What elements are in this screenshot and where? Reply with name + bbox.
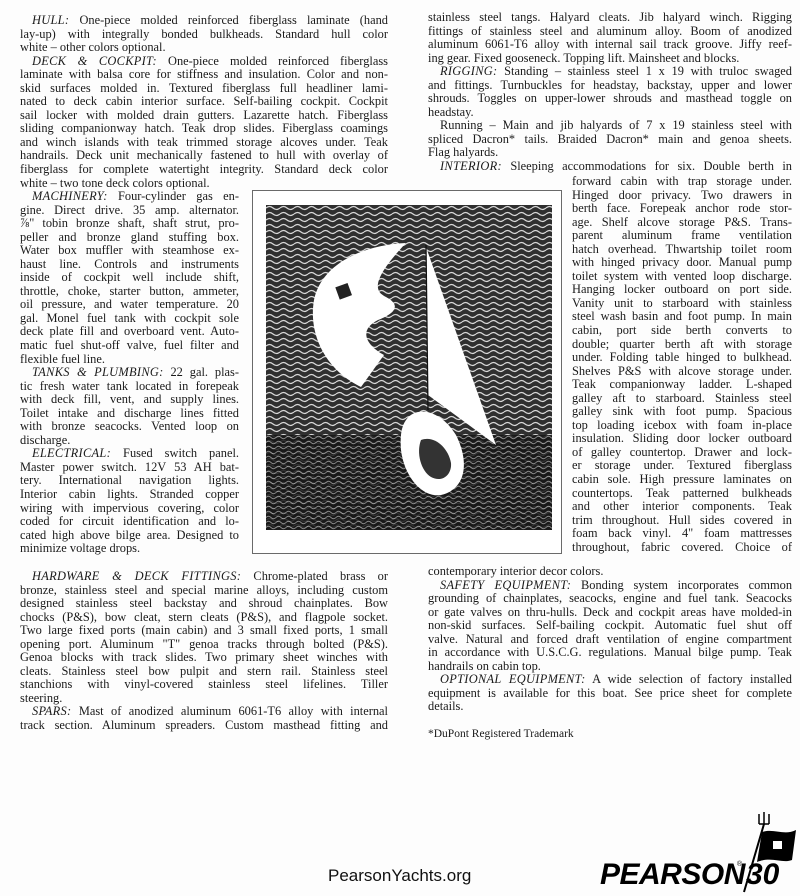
text-line: contemporary interior decor colors. (428, 565, 792, 579)
text-line: Running – Main and jib halyards of 7 x 1… (428, 119, 792, 133)
line-text: A wide selection of factory installed (586, 672, 792, 686)
line-text: galley aft to starboard. Stainless steel (572, 391, 792, 405)
sailboat-photo-frame (252, 190, 562, 554)
text-line: Flag halyards. (428, 146, 792, 160)
text-line: hatch overhead. Thwartship toilet room (572, 243, 792, 257)
section-heading: DECK & COCKPIT: (32, 54, 157, 68)
line-text: Mast of anodized aluminum 6061-T6 alloy … (71, 704, 388, 718)
line-text: Interior cabin lights. Stranded copper (20, 487, 239, 501)
line-text: hatch overhead. Thwartship toilet room (572, 242, 792, 256)
text-line: age. Shelf alcove storage P&S. Trans- (572, 216, 792, 230)
text-line: INTERIOR: Sleeping accommodations for si… (428, 160, 792, 174)
text-line: throttle, choke, starter button, ammeter… (20, 285, 239, 299)
text-line: equipment is available for this boat. Se… (428, 687, 792, 701)
line-text: Teak companionway ladder. L-shaped (572, 377, 792, 391)
line-text: berth face. Forepeak anchor rode stor- (572, 201, 792, 215)
text-line: stainless steel tangs. Halyard cleats. J… (428, 11, 792, 25)
section-heading: ELECTRICAL: (32, 446, 111, 460)
text-line: gine. Direct drive. 35 amp. alternator. (20, 204, 239, 218)
line-text: cabin sole. High pressure laminates on (572, 472, 792, 486)
section-heading: INTERIOR: (440, 159, 502, 173)
text-line: with deck fill, vent, and supply lines. (20, 393, 239, 407)
text-line: fittings of stainless steel and aluminum… (428, 25, 792, 39)
text-line: stanchions with vinyl-covered stainless … (20, 678, 388, 692)
line-text: sail locker with molded drain gutters. L… (20, 108, 388, 122)
footnote: *DuPont Registered Trademark (428, 728, 792, 742)
text-line: SAFETY EQUIPMENT: Bonding system incorpo… (428, 579, 792, 593)
section-heading: SPARS: (32, 704, 71, 718)
text-line: MACHINERY: Four-cylinder gas en- (20, 190, 239, 204)
line-text: track section. Aluminum spreaders. Custo… (20, 718, 388, 732)
line-text: with deck fill, vent, and supply lines. (20, 392, 239, 406)
line-text: details. (428, 699, 463, 713)
text-line: designed stainless steel backstay and sh… (20, 597, 388, 611)
left-column-top: HULL: One-piece molded reinforced fiberg… (20, 14, 388, 190)
text-line: forward cabin with trap storage under. (572, 175, 792, 189)
text-line: Hanging locker outboard on port side. (572, 283, 792, 297)
line-text: trim throughout. Hull sides covered in (572, 513, 792, 527)
text-line: skid surfaces molded in. Textured fiberg… (20, 82, 388, 96)
section-heading: OPTIONAL EQUIPMENT: (440, 672, 586, 686)
text-line: throughout, fabric covered. Choice of (572, 541, 792, 555)
text-line: DECK & COCKPIT: One-piece molded reinfor… (20, 55, 388, 69)
line-text: deck plate fill and overboard vent. Auto… (20, 324, 239, 338)
text-line: inside of cockpit well include shift, (20, 271, 239, 285)
text-line: trim throughout. Hull sides covered in (572, 514, 792, 528)
text-line: opening port. Aluminum "T" genoa tracks … (20, 638, 388, 652)
line-text: under. Folding table hinged to bulkhead. (572, 350, 792, 364)
text-line: countertops. Teak patterned bulkheads (572, 487, 792, 501)
text-line: Toilet intake and discharge lines fitted (20, 407, 239, 421)
line-text: discharge. (20, 433, 70, 447)
line-text: Vanity unit to starboard with stainless (572, 296, 792, 310)
logo-model-number: 30 (746, 858, 779, 892)
line-text: toilet system with vented loop discharge… (572, 269, 792, 283)
text-line: handrails on cabin top. (428, 660, 792, 674)
text-line: ing gear. Fixed gooseneck. Topping lift.… (428, 52, 792, 66)
text-line: ⅞" tobin bronze shaft, shaft strut, pro- (20, 217, 239, 231)
text-line: TANKS & PLUMBING: 22 gal. plas- (20, 366, 239, 380)
text-line: or gate valves on thru-hulls. Deck and c… (428, 606, 792, 620)
text-line: cabin, port side berth converts to (572, 324, 792, 338)
line-text: double; quarter berth aft with storage (572, 337, 792, 351)
line-text: headstay. (428, 105, 474, 119)
line-text: fittings of stainless steel and aluminum… (428, 24, 792, 38)
line-text: Running – Main and jib halyards of 7 x 1… (440, 118, 792, 132)
text-line: of galley countertop. Drawer and lock- (572, 446, 792, 460)
section-heading: MACHINERY: (32, 189, 108, 203)
line-text: foam back vinyl. 4" foam mattresses (572, 526, 792, 540)
text-line: white – other colors optional. (20, 41, 388, 55)
line-text: insulation. Sliding door locker outboard (572, 431, 792, 445)
line-text: tery. International navigation lights. (20, 473, 239, 487)
text-line: discharge. (20, 434, 239, 448)
line-text: cabin, port side berth converts to (572, 323, 792, 337)
brochure-page: HULL: One-piece molded reinforced fiberg… (0, 0, 800, 896)
right-column-narrow: forward cabin with trap storage under.Hi… (572, 175, 792, 554)
line-text: throttle, choke, starter button, ammeter… (20, 284, 239, 298)
line-text: cleats. Stainless steel bow pulpit and s… (20, 664, 388, 678)
line-text: with bronze seacocks. Vented loop on (20, 419, 239, 433)
left-column-bottom: HARDWARE & DECK FITTINGS: Chrome-plated … (20, 570, 388, 733)
text-line: sliding companionway hatch. Teak drop sl… (20, 122, 388, 136)
text-line: Interior cabin lights. Stranded copper (20, 488, 239, 502)
text-line: nated to deck cabin interior surface. Se… (20, 95, 388, 109)
text-line: cleats. Stainless steel bow pulpit and s… (20, 665, 388, 679)
line-text: oil pressure, and water temperature. 20 (20, 297, 239, 311)
line-text: spliced Dacron* tails. Braided Dacron* m… (428, 132, 792, 146)
text-line: galley aft to starboard. Stainless steel (572, 392, 792, 406)
line-text: lay-up) with integrally bonded bulkheads… (20, 27, 388, 41)
line-text: in accordance with U.S.C.G. regulations.… (428, 645, 792, 659)
line-text: Hanging locker outboard on port side. (572, 282, 792, 296)
line-text: Fused switch panel. (111, 446, 239, 460)
text-line: laminate with balsa core for stiffness a… (20, 68, 388, 82)
line-text: bronze, stainless steel and special mari… (20, 583, 388, 597)
line-text: steel wash basin and foot pump. In main (572, 309, 792, 323)
logo-wordmark: PEARSON (600, 858, 745, 892)
line-text: designed stainless steel backstay and sh… (20, 596, 388, 610)
line-text: non-skid surfaces. Self-bailing cockpit.… (428, 618, 792, 632)
line-text: stainless steel tangs. Halyard cleats. J… (428, 10, 792, 24)
text-line: OPTIONAL EQUIPMENT: A wide selection of … (428, 673, 792, 687)
text-line: steering. (20, 692, 388, 706)
line-text: skid surfaces molded in. Textured fiberg… (20, 81, 388, 95)
text-line: parent aluminum frame ventilation (572, 229, 792, 243)
text-line: top loading icebox with foam in-place (572, 419, 792, 433)
text-line: Shelves P&S with alcove storage under. (572, 365, 792, 379)
line-text: 22 gal. plas- (164, 365, 239, 379)
text-line: non-skid surfaces. Self-bailing cockpit.… (428, 619, 792, 633)
text-line: cated high above bilge area. Designed to (20, 529, 239, 543)
text-line: bronze, stainless steel and special mari… (20, 584, 388, 598)
line-text: forward cabin with trap storage under. (572, 174, 792, 188)
line-text: coded for circuit identification and lo- (20, 514, 239, 528)
section-heading: SAFETY EQUIPMENT: (440, 578, 571, 592)
text-line: headstay. (428, 106, 792, 120)
text-line: aluminum 6061-T6 alloy with internal sai… (428, 38, 792, 52)
line-text: handrails on cabin top. (428, 659, 541, 673)
line-text: sliding companionway hatch. Teak drop sl… (20, 121, 388, 135)
text-line: chocks (P&S), bow cleat, stern cleats (P… (20, 611, 388, 625)
footnote-wrap: *DuPont Registered Trademark (428, 722, 792, 742)
line-text: matic fuel shut-off valve, fuel filter a… (20, 338, 239, 352)
line-text: and other interior components. Teak (572, 499, 792, 513)
text-line: Two large fixed ports (main cabin) and 3… (20, 624, 388, 638)
right-column-top: stainless steel tangs. Halyard cleats. J… (428, 11, 792, 174)
line-text: gine. Direct drive. 35 amp. alternator. (20, 203, 239, 217)
line-text: haust line. Controls and instruments (20, 257, 239, 271)
section-heading: TANKS & PLUMBING: (32, 365, 164, 379)
line-text: grounding of chainplates, seacocks, engi… (428, 591, 792, 605)
text-line: toilet system with vented loop discharge… (572, 270, 792, 284)
text-line: cabin sole. High pressure laminates on (572, 473, 792, 487)
text-line: and other interior components. Teak (572, 500, 792, 514)
text-line: and winch islands with teak trimmed stor… (20, 136, 388, 150)
line-text: wiring with impervious covering, color (20, 501, 239, 515)
line-text: galley sink with foot pump. Spacious (572, 404, 792, 418)
line-text: inside of cockpit well include shift, (20, 270, 239, 284)
line-text: ing gear. Fixed gooseneck. Topping lift.… (428, 51, 739, 65)
text-line: berth face. Forepeak anchor rode stor- (572, 202, 792, 216)
line-text: fiberglass for complete watertight integ… (20, 162, 388, 176)
line-text: or gate valves on thru-hulls. Deck and c… (428, 605, 792, 619)
text-line: galley sink with foot pump. Spacious (572, 405, 792, 419)
text-line: steel wash basin and foot pump. In main (572, 310, 792, 324)
line-text: nated to deck cabin interior surface. Se… (20, 94, 388, 108)
line-text: white – two tone deck colors optional. (20, 176, 210, 190)
line-text: equipment is available for this boat. Se… (428, 686, 792, 700)
text-line: fiberglass for complete watertight integ… (20, 163, 388, 177)
text-line: spliced Dacron* tails. Braided Dacron* m… (428, 133, 792, 147)
left-column-narrow: MACHINERY: Four-cylinder gas en-gine. Di… (20, 190, 239, 556)
sailboat-photo (266, 205, 552, 530)
website-url: PearsonYachts.org (328, 866, 471, 886)
text-line: peller and bronze gland stuffing box. (20, 231, 239, 245)
line-text: Standing – stainless steel 1 x 19 with t… (497, 64, 792, 78)
line-text: Four-cylinder gas en- (108, 189, 239, 203)
line-text: valve. Natural and forced draft ventilat… (428, 632, 792, 646)
text-line: handrails. Deck unit mechanically fasten… (20, 149, 388, 163)
text-line: SPARS: Mast of anodized aluminum 6061-T6… (20, 705, 388, 719)
line-text: ⅞" tobin bronze shaft, shaft strut, pro- (20, 216, 239, 230)
text-line: gal. Monel fuel tank with cockpit sole (20, 312, 239, 326)
pearson-30-logo: ® PEARSON 30 (594, 808, 800, 894)
line-text: Master power switch. 12V 53 AH bat- (20, 460, 239, 474)
text-line: RIGGING: Standing – stainless steel 1 x … (428, 65, 792, 79)
line-text: handrails. Deck unit mechanically fasten… (20, 148, 388, 162)
text-line: ELECTRICAL: Fused switch panel. (20, 447, 239, 461)
text-line: coded for circuit identification and lo- (20, 515, 239, 529)
line-text: Two large fixed ports (main cabin) and 3… (20, 623, 388, 637)
text-line: tery. International navigation lights. (20, 474, 239, 488)
text-line: grounding of chainplates, seacocks, engi… (428, 592, 792, 606)
text-line: er storage under. Textured fiberglass (572, 459, 792, 473)
section-heading: HULL: (32, 13, 69, 27)
text-line: with bronze seacocks. Vented loop on (20, 420, 239, 434)
line-text: of galley countertop. Drawer and lock- (572, 445, 792, 459)
text-line: foam back vinyl. 4" foam mattresses (572, 527, 792, 541)
text-line: in accordance with U.S.C.G. regulations.… (428, 646, 792, 660)
text-line: oil pressure, and water temperature. 20 (20, 298, 239, 312)
text-line: lay-up) with integrally bonded bulkheads… (20, 28, 388, 42)
line-text: Bonding system incorporates common (571, 578, 792, 592)
text-line: haust line. Controls and instruments (20, 258, 239, 272)
line-text: parent aluminum frame ventilation (572, 228, 792, 242)
line-text: One-piece molded reinforced fiberglass (157, 54, 388, 68)
line-text: Chrome-plated brass or (241, 569, 388, 583)
text-line: minimize voltage drops. (20, 542, 239, 556)
line-text: minimize voltage drops. (20, 541, 140, 555)
section-heading: HARDWARE & DECK FITTINGS: (32, 569, 241, 583)
line-text: cated high above bilge area. Designed to (20, 528, 239, 542)
text-line: under. Folding table hinged to bulkhead. (572, 351, 792, 365)
line-text: tic fresh water tank located in forepeak (20, 379, 239, 393)
line-text: aluminum 6061-T6 alloy with internal sai… (428, 37, 792, 51)
line-text: white – other colors optional. (20, 40, 166, 54)
line-text: shrouds. Toggles on upper-lower shrouds … (428, 91, 792, 105)
line-text: and winch islands with teak trimmed stor… (20, 135, 388, 149)
section-heading: RIGGING: (440, 64, 497, 78)
text-line: wiring with impervious covering, color (20, 502, 239, 516)
text-line: Master power switch. 12V 53 AH bat- (20, 461, 239, 475)
text-line: insulation. Sliding door locker outboard (572, 432, 792, 446)
text-line: matic fuel shut-off valve, fuel filter a… (20, 339, 239, 353)
line-text: countertops. Teak patterned bulkheads (572, 486, 792, 500)
line-text: opening port. Aluminum "T" genoa tracks … (20, 637, 388, 651)
right-column-bottom: contemporary interior decor colors.SAFET… (428, 565, 792, 714)
line-text: age. Shelf alcove storage P&S. Trans- (572, 215, 792, 229)
text-line: flexible fuel line. (20, 353, 239, 367)
text-line: Water box muffler with steamhose ex- (20, 244, 239, 258)
text-line: with hinged privacy door. Manual pump (572, 256, 792, 270)
line-text: stanchions with vinyl-covered stainless … (20, 677, 388, 691)
sailboat-image-icon (266, 205, 552, 530)
text-line: sail locker with molded drain gutters. L… (20, 109, 388, 123)
text-line: Vanity unit to starboard with stainless (572, 297, 792, 311)
text-line: deck plate fill and overboard vent. Auto… (20, 325, 239, 339)
line-text: top loading icebox with foam in-place (572, 418, 792, 432)
line-text: steering. (20, 691, 62, 705)
text-line: HULL: One-piece molded reinforced fiberg… (20, 14, 388, 28)
line-text: flexible fuel line. (20, 352, 105, 366)
text-line: Hinged door privacy. Two drawers in (572, 189, 792, 203)
line-text: Shelves P&S with alcove storage under. (572, 364, 792, 378)
line-text: Water box muffler with steamhose ex- (20, 243, 239, 257)
text-line: and fittings. Turnbuckles for headstay, … (428, 79, 792, 93)
text-line: shrouds. Toggles on upper-lower shrouds … (428, 92, 792, 106)
line-text: Hinged door privacy. Two drawers in (572, 188, 792, 202)
text-line: double; quarter berth aft with storage (572, 338, 792, 352)
text-line: valve. Natural and forced draft ventilat… (428, 633, 792, 647)
line-text: Flag halyards. (428, 145, 498, 159)
text-line: tic fresh water tank located in forepeak (20, 380, 239, 394)
line-text: contemporary interior decor colors. (428, 564, 603, 578)
line-text: peller and bronze gland stuffing box. (20, 230, 239, 244)
line-text: with hinged privacy door. Manual pump (572, 255, 792, 269)
line-text: and fittings. Turnbuckles for headstay, … (428, 78, 792, 92)
text-line: track section. Aluminum spreaders. Custo… (20, 719, 388, 733)
text-line: Teak companionway ladder. L-shaped (572, 378, 792, 392)
line-text: One-piece molded reinforced fiberglass l… (69, 13, 388, 27)
text-line: HARDWARE & DECK FITTINGS: Chrome-plated … (20, 570, 388, 584)
line-text: Toilet intake and discharge lines fitted (20, 406, 239, 420)
line-text: laminate with balsa core for stiffness a… (20, 67, 388, 81)
line-text: throughout, fabric covered. Choice of (572, 540, 792, 554)
line-text: chocks (P&S), bow cleat, stern cleats (P… (20, 610, 388, 624)
line-text: Sleeping accommodations for six. Double … (502, 159, 792, 173)
line-text: gal. Monel fuel tank with cockpit sole (20, 311, 239, 325)
text-line: Genoa blocks with track slides. Two prim… (20, 651, 388, 665)
line-text: er storage under. Textured fiberglass (572, 458, 792, 472)
line-text: Genoa blocks with track slides. Two prim… (20, 650, 388, 664)
text-line: details. (428, 700, 792, 714)
